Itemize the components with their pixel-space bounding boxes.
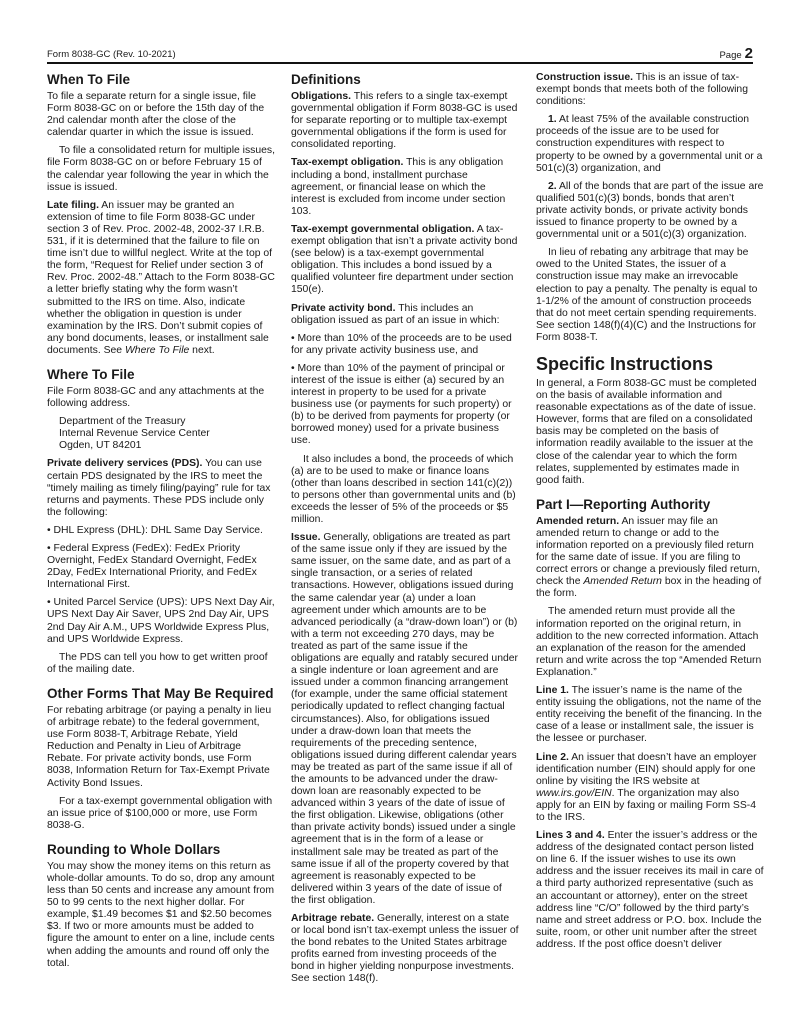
column-2: Definitions Obligations. This refers to …	[291, 72, 519, 992]
condition-1-text: At least 75% of the available constructi…	[536, 114, 762, 173]
column-3: Construction issue. This is an issue of …	[536, 72, 764, 957]
pab-also: It also includes a bond, the proceeds of…	[291, 454, 519, 527]
amended-return-paragraph: Amended return. An issuer may file an am…	[536, 516, 764, 601]
page-header: Form 8038-GC (Rev. 10-2021) Page2	[47, 48, 753, 64]
line-2-label: Line 2.	[536, 752, 569, 763]
heading-definitions: Definitions	[291, 72, 519, 87]
when-to-file-p2: To file a consolidated return for multip…	[47, 145, 275, 193]
heading-when-to-file: When To File	[47, 72, 275, 87]
other-forms-p1: For rebating arbitrage (or paying a pena…	[47, 705, 275, 790]
in-lieu-paragraph: In lieu of rebating any arbitrage that m…	[536, 247, 764, 344]
page-number: 2	[745, 45, 753, 62]
tax-exempt-def: Tax-exempt obligation. This is any oblig…	[291, 157, 519, 217]
pab-label: Private activity bond.	[291, 303, 396, 314]
line-1-paragraph: Line 1. The issuer’s name is the name of…	[536, 685, 764, 745]
late-filing-text: An issuer may be granted an extension of…	[47, 200, 275, 356]
pds-end: The PDS can tell you how to get written …	[47, 652, 275, 676]
lines-3-4-text: Enter the issuer’s address or the addres…	[536, 830, 764, 950]
address-line-3: Ogden, UT 84201	[59, 440, 275, 452]
pab-bullet-2: • More than 10% of the payment of princi…	[291, 363, 519, 448]
late-filing-label: Late filing.	[47, 200, 99, 211]
condition-2-text: All of the bonds that are part of the is…	[536, 181, 763, 240]
condition-1: 1. At least 75% of the available constru…	[536, 114, 764, 174]
irs-address: Department of the Treasury Internal Reve…	[59, 416, 275, 452]
line-2-paragraph: Line 2. An issuer that doesn’t have an e…	[536, 752, 764, 825]
address-line-1: Department of the Treasury	[59, 416, 275, 428]
where-to-file-p1: File Form 8038-GC and any attachments at…	[47, 386, 275, 410]
pab-bullet-1: • More than 10% of the proceeds are to b…	[291, 333, 519, 357]
line-1-label: Line 1.	[536, 685, 569, 696]
condition-2-num: 2.	[548, 181, 557, 192]
construction-label: Construction issue.	[536, 72, 633, 83]
pds-bullet-fedex: • Federal Express (FedEx): FedEx Priorit…	[47, 543, 275, 591]
tax-exempt-label: Tax-exempt obligation.	[291, 157, 403, 168]
heading-part-1: Part I—Reporting Authority	[536, 497, 764, 512]
issue-label: Issue.	[291, 532, 320, 543]
issue-def: Issue. Generally, obligations are treate…	[291, 532, 519, 907]
lines-3-4-label: Lines 3 and 4.	[536, 830, 605, 841]
form-id: Form 8038-GC (Rev. 10-2021)	[47, 49, 176, 60]
heading-where-to-file: Where To File	[47, 367, 275, 382]
late-filing-paragraph: Late filing. An issuer may be granted an…	[47, 200, 275, 357]
arbitrage-def: Arbitrage rebate. Generally, interest on…	[291, 913, 519, 986]
amended-return-box-ref: Amended Return	[583, 576, 662, 587]
amended-label: Amended return.	[536, 516, 619, 527]
pds-label: Private delivery services (PDS).	[47, 458, 202, 469]
obligations-def: Obligations. This refers to a single tax…	[291, 91, 519, 151]
amended-p2: The amended return must provide all the …	[536, 606, 764, 679]
line-2-text-a: An issuer that doesn’t have an employer …	[536, 752, 757, 787]
pab-def: Private activity bond. This includes an …	[291, 303, 519, 327]
line-1-text: The issuer’s name is the name of the ent…	[536, 685, 762, 744]
heading-specific-instructions: Specific Instructions	[536, 354, 764, 374]
tax-exempt-gov-label: Tax-exempt governmental obligation.	[291, 224, 474, 235]
where-to-file-reference: Where To File	[125, 345, 189, 356]
heading-rounding: Rounding to Whole Dollars	[47, 842, 275, 857]
other-forms-p2: For a tax-exempt governmental obligation…	[47, 796, 275, 832]
construction-def: Construction issue. This is an issue of …	[536, 72, 764, 108]
page-label: Page	[719, 50, 741, 61]
pds-paragraph: Private delivery services (PDS). You can…	[47, 458, 275, 518]
late-filing-end: next.	[189, 345, 214, 356]
pds-bullet-dhl: • DHL Express (DHL): DHL Same Day Servic…	[47, 525, 275, 537]
issue-text: Generally, obligations are treated as pa…	[291, 532, 518, 906]
ein-url: www.irs.gov/EIN	[536, 788, 612, 799]
pds-bullet-ups: • United Parcel Service (UPS): UPS Next …	[47, 597, 275, 645]
heading-other-forms: Other Forms That May Be Required	[47, 686, 275, 701]
condition-1-num: 1.	[548, 114, 557, 125]
specific-instructions-text: In general, a Form 8038-GC must be compl…	[536, 378, 764, 487]
when-to-file-p1: To file a separate return for a single i…	[47, 91, 275, 139]
page-indicator: Page2	[719, 45, 753, 62]
condition-2: 2. All of the bonds that are part of the…	[536, 181, 764, 241]
column-1: When To File To file a separate return f…	[47, 72, 275, 976]
obligations-label: Obligations.	[291, 91, 351, 102]
rounding-p1: You may show the money items on this ret…	[47, 861, 275, 970]
arbitrage-label: Arbitrage rebate.	[291, 913, 374, 924]
tax-exempt-gov-def: Tax-exempt governmental obligation. A ta…	[291, 224, 519, 297]
address-line-2: Internal Revenue Service Center	[59, 428, 275, 440]
lines-3-4-paragraph: Lines 3 and 4. Enter the issuer’s addres…	[536, 830, 764, 951]
